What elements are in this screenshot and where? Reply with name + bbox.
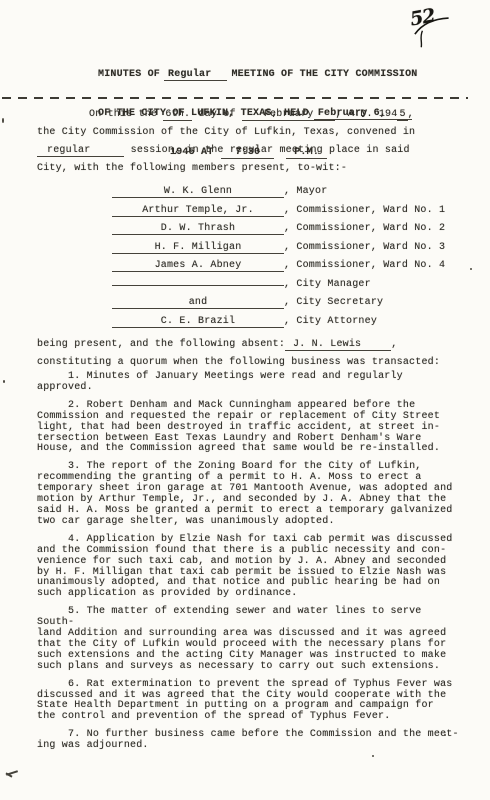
scan-speck (444, 734, 446, 736)
absent-name-fill: J. N. Lewis (285, 339, 391, 351)
member-row-ward1: Arthur Temple, Jr.Commissioner, Ward No.… (112, 205, 445, 224)
member-name: and (112, 297, 284, 309)
item-1-minutes-approved: 1. Minutes of January Meetings were read… (37, 372, 462, 394)
opening-l1-a: On this the (89, 109, 163, 120)
present-text: being present, and the following absent: (37, 339, 285, 350)
absent-line: being present, and the following absent:… (37, 336, 464, 354)
item-6-rat-extermination: 6. Rat extermination to prevent the spre… (37, 680, 462, 724)
member-name: C. E. Brazil (112, 316, 284, 328)
item-5-sewer-water-lines: 5. The matter of extending sewer and wat… (37, 607, 462, 672)
member-name: W. K. Glenn (112, 186, 284, 198)
member-title: City Attorney (284, 316, 377, 327)
opening-line-2: the City Commission of the City of Lufki… (37, 124, 464, 142)
member-name: Arthur Temple, Jr. (112, 205, 284, 217)
member-row-city-secretary: andCity Secretary (112, 297, 445, 316)
scan-speck (372, 755, 374, 757)
opening-line-1: On this the 6th. day of February, A.D. 1… (37, 106, 464, 124)
item-2-street-light: 2. Robert Denham and Mack Cunningham app… (37, 401, 462, 456)
item-4-taxi-permit: 4. Application by Elzie Nash for taxi ca… (37, 535, 462, 600)
business-items: 1. Minutes of January Meetings were read… (37, 372, 462, 759)
member-title: Commissioner, Ward No. 2 (284, 223, 445, 234)
opening-l1-d: , (408, 109, 414, 120)
member-row-ward4: James A. AbneyCommissioner, Ward No. 4 (112, 260, 445, 279)
member-name: H. F. Milligan (112, 242, 284, 254)
opening-l1-b: day of (192, 109, 242, 120)
member-title: City Manager (284, 279, 371, 290)
scanned-minutes-page: 52 MINUTES OFRegularMEETING OF THE CITY … (0, 0, 490, 800)
member-title: City Secretary (284, 297, 383, 308)
day-fill: 6th. (163, 109, 192, 121)
header-line-1: MINUTES OFRegularMEETING OF THE CITY COM… (98, 68, 417, 81)
header-l1-post: MEETING OF THE CITY COMMISSION (231, 69, 417, 80)
member-roster: W. K. GlennMayor Arthur Temple, Jr.Commi… (112, 186, 445, 334)
scan-mark (6, 770, 18, 776)
month-fill: February (242, 109, 336, 121)
scan-speck (3, 380, 5, 383)
member-name: James A. Abney (112, 260, 284, 272)
member-row-city-manager: City Manager (112, 279, 445, 298)
member-row-ward2: D. W. ThrashCommissioner, Ward No. 2 (112, 223, 445, 242)
item-3-zoning-permit: 3. The report of the Zoning Board for th… (37, 462, 462, 527)
opening-line-4: City, with the following members present… (37, 160, 464, 178)
scan-speck (2, 118, 4, 123)
header-meeting-type-fill: Regular (164, 69, 227, 81)
session-type-fill: regular (37, 145, 124, 157)
header-l1-pre: MINUTES OF (98, 69, 160, 80)
quorum-line: constituting a quorum when the following… (37, 354, 464, 372)
opening-l3-rest: session, in the regular meeting place in… (124, 145, 409, 156)
member-title: Mayor (284, 186, 327, 197)
dashed-separator (2, 97, 468, 99)
attendance-statement: being present, and the following absent:… (37, 336, 464, 372)
year-digit-fill: 5 (397, 109, 407, 121)
member-row-mayor: W. K. GlennMayor (112, 186, 445, 205)
member-name: D. W. Thrash (112, 223, 284, 235)
opening-statement: On this the 6th. day of February, A.D. 1… (37, 106, 464, 178)
member-title: Commissioner, Ward No. 4 (284, 260, 445, 271)
member-row-city-attorney: C. E. BrazilCity Attorney (112, 316, 445, 335)
scan-speck (470, 268, 472, 270)
member-row-ward3: H. F. MilliganCommissioner, Ward No. 3 (112, 242, 445, 261)
member-name (112, 285, 284, 286)
item-7-adjournment: 7. No further business came before the C… (37, 730, 462, 752)
opening-l1-c: , A.D. 194 (335, 109, 397, 120)
opening-line-3: regular session, in the regular meeting … (37, 142, 464, 160)
absent-line-end: , (391, 339, 397, 350)
member-title: Commissioner, Ward No. 3 (284, 242, 445, 253)
member-title: Commissioner, Ward No. 1 (284, 205, 445, 216)
